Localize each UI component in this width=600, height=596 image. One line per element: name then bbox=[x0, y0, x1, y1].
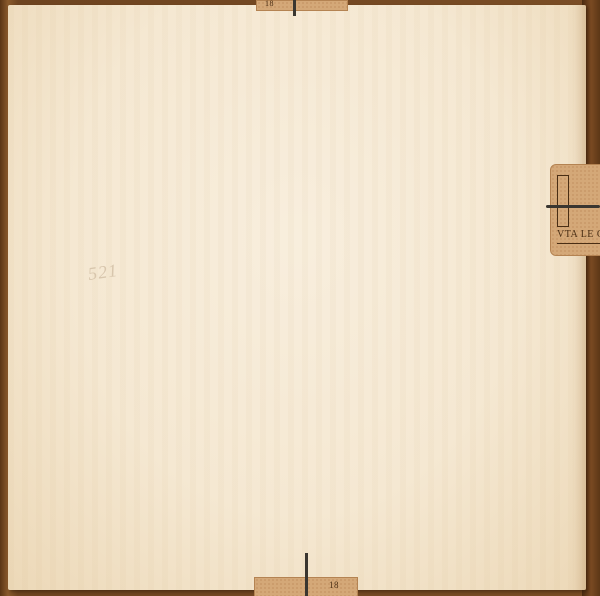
tape-top: 18 bbox=[256, 0, 348, 11]
tape-right: VTA LE C bbox=[550, 164, 600, 256]
pin-right bbox=[546, 205, 600, 208]
paper-sheet bbox=[8, 5, 586, 590]
tape-top-text: 18 bbox=[265, 0, 274, 8]
paper-edge-shadow bbox=[572, 5, 586, 590]
pencil-annotation: 521 bbox=[87, 260, 120, 285]
tape-right-rule bbox=[557, 243, 600, 244]
tape-bottom-text: 18 bbox=[329, 580, 339, 590]
pin-bottom bbox=[305, 553, 308, 596]
tape-right-frame bbox=[557, 175, 569, 227]
tape-right-text: VTA LE C bbox=[557, 229, 600, 240]
pin-top bbox=[293, 0, 296, 16]
